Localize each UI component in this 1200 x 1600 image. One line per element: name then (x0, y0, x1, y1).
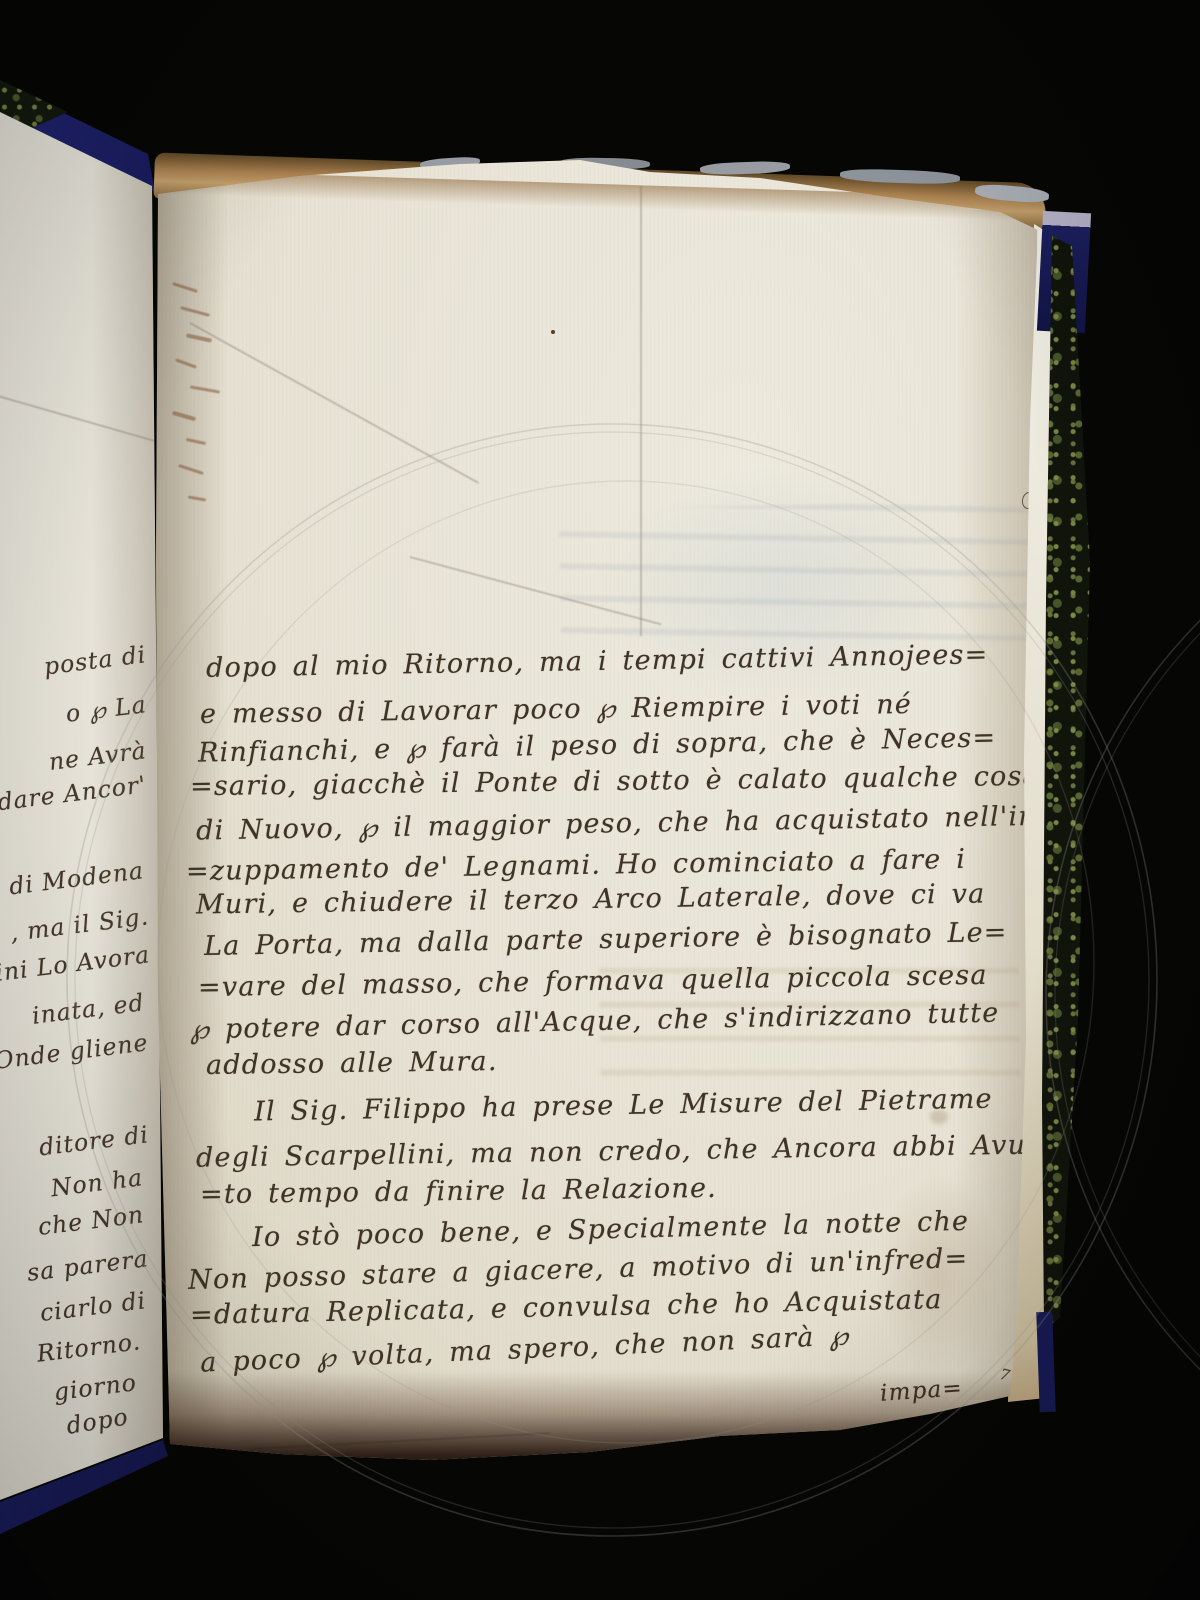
gutter-shadow (92, 140, 166, 1480)
burn-edge-bottom (158, 1372, 1033, 1464)
manuscript-line: addosso alle Mura. (206, 1046, 498, 1081)
book-cover-blue-bottom-right (1036, 1312, 1055, 1412)
ink-speck (551, 330, 555, 334)
manuscript-line: =to tempo da finire la Relazione. (200, 1173, 717, 1210)
manuscript-photo: posta di o ℘ La ne Avrà fidare Ancor' di… (0, 0, 1200, 1600)
ghost-text (559, 501, 1032, 659)
